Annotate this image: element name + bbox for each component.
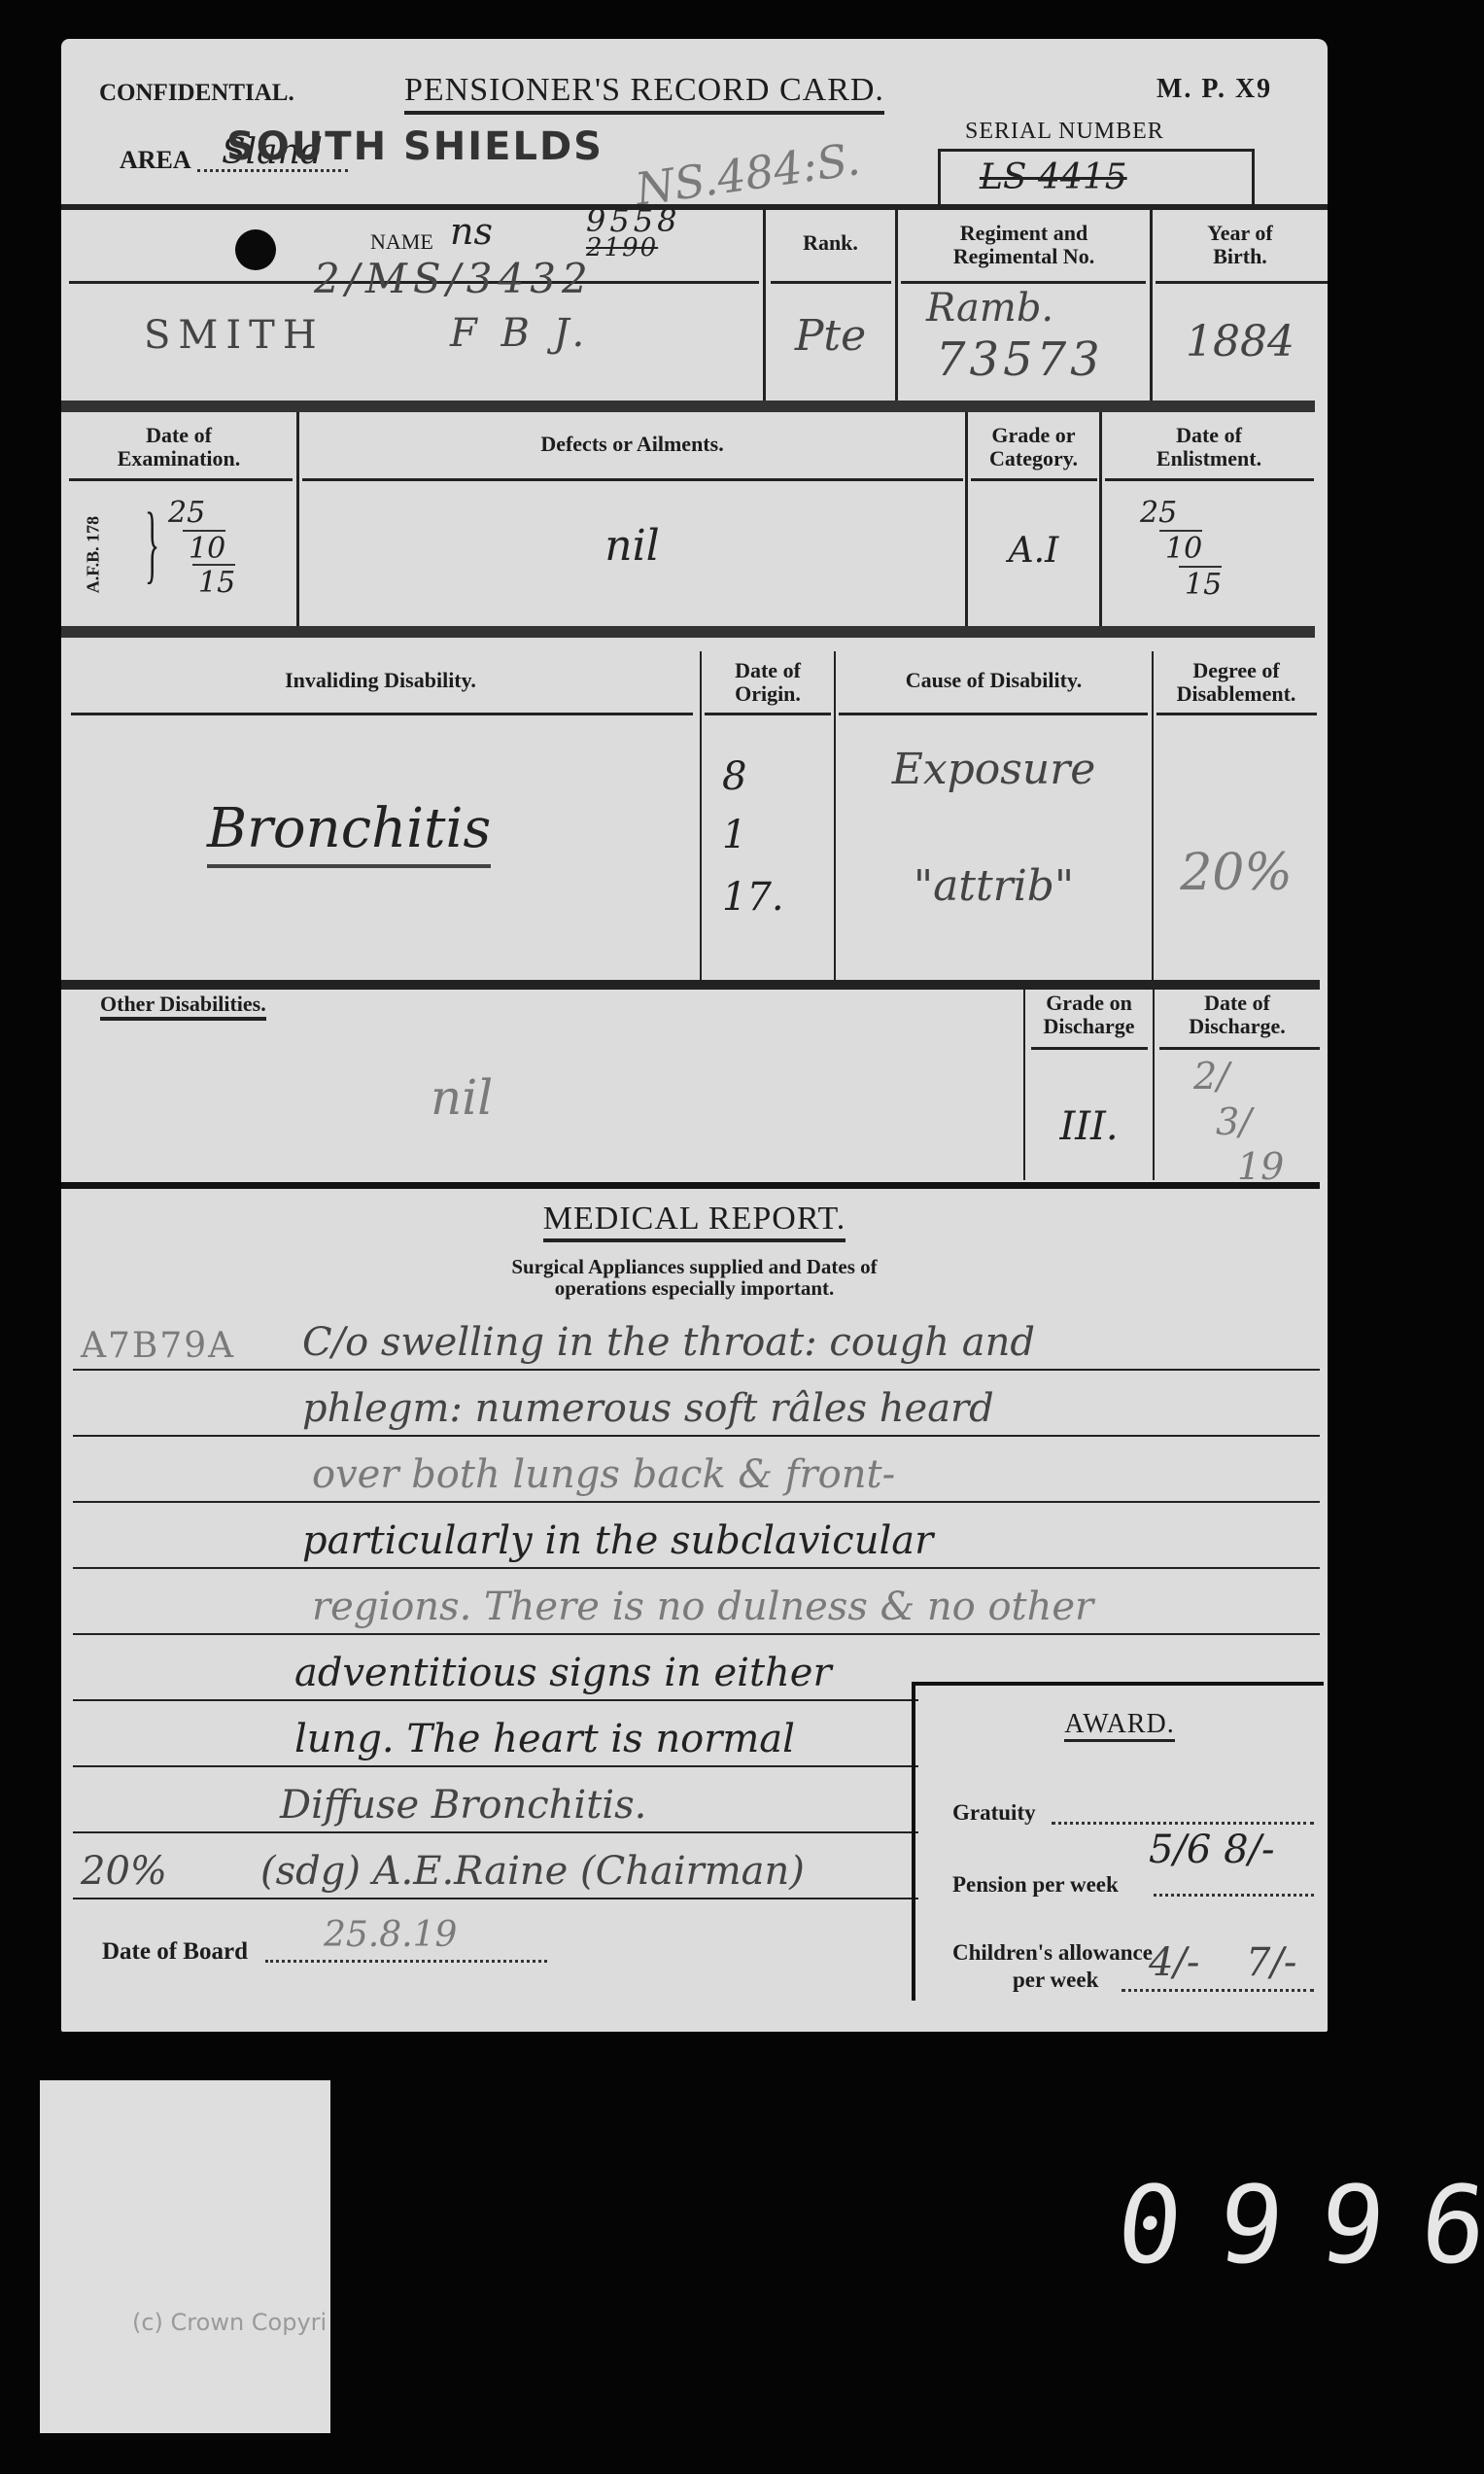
medical-line: particularly in the subclavicular (302, 1518, 933, 1563)
birth-year-value: 1884 (1153, 317, 1328, 366)
childrens-allowance-value-2: 7/- (1246, 1940, 1296, 1985)
grade-discharge-label-line1: Grade on (1025, 992, 1153, 1015)
award-box: AWARD. Gratuity Pension per week 5/6 8/-… (912, 1682, 1324, 2001)
initials-value: F B J. (450, 311, 590, 356)
cause-value-line2: "attrib" (836, 861, 1152, 911)
date-of-origin-label: Date of Origin. (702, 659, 834, 706)
rule (61, 980, 1320, 990)
other-disabilities-label: Other Disabilities. (100, 992, 266, 1021)
serial-number-value: LS 4415 (980, 157, 1127, 197)
exam-label-line1: Date of (61, 424, 296, 447)
rule (901, 281, 1146, 284)
rule (705, 713, 831, 715)
medical-ref-code: A7B79A (81, 1326, 235, 1366)
cause-value-line1: Exposure (836, 745, 1152, 794)
rule (61, 204, 1328, 210)
defects-label: Defects or Ailments. (299, 433, 965, 456)
cause-of-disability-label: Cause of Disability. (836, 669, 1152, 692)
enlistment-date-label: Date of Enlistment. (1102, 424, 1316, 470)
discharge-label-line1: Date of (1155, 992, 1320, 1015)
confidential-label: CONFIDENTIAL. (99, 80, 294, 107)
rule (1159, 1047, 1320, 1050)
date-of-board-label: Date of Board (102, 1938, 248, 1966)
grade-label-line2: Category. (968, 447, 1099, 470)
medical-line: over both lungs back & front- (312, 1452, 895, 1497)
medical-line: regions. There is no dulness & no other (312, 1585, 1093, 1629)
grade-category-label: Grade or Category. (968, 424, 1099, 470)
origin-year: 17. (722, 875, 784, 920)
medical-report-heading: MEDICAL REPORT. (61, 1201, 1328, 1237)
ruled-line (73, 1435, 1320, 1437)
medical-line: phlegm: numerous soft râles heard (302, 1386, 994, 1431)
name-label: NAME (370, 229, 433, 255)
birth-label-line2: Birth. (1153, 245, 1328, 268)
gratuity-field (1052, 1818, 1314, 1825)
exam-date-day: 25 (168, 496, 205, 530)
birth-label-line1: Year of (1153, 222, 1328, 245)
exam-date-year: 15 (192, 564, 235, 600)
degree-label-line2: Disablement. (1154, 682, 1319, 706)
ruled-line (73, 1633, 1320, 1635)
rule (1156, 713, 1317, 715)
rule (1031, 1047, 1148, 1050)
ruled-line (73, 1699, 918, 1701)
subtitle-line2: operations especially important. (61, 1277, 1328, 1299)
date-of-discharge-label: Date of Discharge. (1155, 992, 1320, 1038)
birth-year-label: Year of Birth. (1153, 222, 1328, 268)
card-title: PENSIONER'S RECORD CARD. (404, 72, 884, 115)
enlist-label-line1: Date of (1102, 424, 1316, 447)
grade-on-discharge-value: III. (1025, 1104, 1153, 1149)
examination-date-label: Date of Examination. (61, 424, 296, 470)
rule (71, 713, 693, 715)
enlist-label-line2: Enlistment. (1102, 447, 1316, 470)
grade-on-discharge-label: Grade on Discharge (1025, 992, 1153, 1038)
medical-report-title: MEDICAL REPORT. (543, 1201, 846, 1242)
grade-category-value: A.I (968, 531, 1099, 571)
board-signature: (sdg) A.E.Raine (Chairman) (260, 1849, 805, 1894)
award-heading: AWARD. (915, 1709, 1324, 1740)
medical-line: Diffuse Bronchitis. (280, 1783, 646, 1828)
ruled-line (73, 1501, 1320, 1503)
origin-month: 1 (722, 813, 746, 857)
regiment-value: Ramb. (926, 286, 1053, 331)
rule (1105, 478, 1314, 481)
invaliding-disability-value: Bronchitis (207, 797, 491, 868)
medical-line: lung. The heart is normal (294, 1717, 795, 1761)
double-rule (61, 626, 1315, 638)
gratuity-label: Gratuity (952, 1800, 1036, 1826)
brace: } (145, 501, 159, 588)
discharge-date-day: 2/ (1193, 1055, 1229, 1098)
enlist-date-month: 10 (1159, 530, 1202, 566)
date-of-board-value: 25.8.19 (324, 1915, 457, 1955)
double-rule (61, 401, 1315, 412)
award-title: AWARD. (1064, 1709, 1174, 1742)
rule (302, 478, 963, 481)
exam-label-line2: Examination. (61, 447, 296, 470)
rank-label: Rank. (766, 231, 895, 255)
number-struck: 2190 (586, 233, 658, 262)
rule (839, 713, 1148, 715)
degree-value: 20% (1154, 844, 1319, 902)
grade-label-line1: Grade or (968, 424, 1099, 447)
exam-date-month: 10 (183, 530, 225, 566)
ruled-line (73, 1898, 918, 1899)
ruled-line (73, 1765, 918, 1767)
surname-value: SMITH (144, 313, 325, 358)
ruled-line (73, 1831, 918, 1833)
origin-day: 8 (722, 754, 746, 799)
discharge-date-month: 3/ (1216, 1100, 1252, 1143)
serial-number-box: LS 4415 (938, 149, 1255, 205)
degree-of-disablement-label: Degree of Disablement. (1154, 659, 1319, 706)
invaliding-disability-label: Invaliding Disability. (61, 669, 700, 692)
rule (1156, 281, 1328, 284)
pension-value: 5/6 8/- (1149, 1828, 1275, 1872)
origin-label-line1: Date of (702, 659, 834, 682)
board-dotted-line (265, 1956, 547, 1963)
rule (834, 651, 836, 986)
subtitle-line1: Surgical Appliances supplied and Dates o… (61, 1256, 1328, 1277)
childrens-allowance-label: Children's allowance (952, 1940, 1153, 1966)
medical-line: C/o swelling in the throat: cough and (302, 1320, 1035, 1365)
ruled-line (73, 1567, 1320, 1569)
rule (771, 281, 891, 284)
enlist-date-year: 15 (1179, 566, 1222, 602)
other-disabilities-value: nil (431, 1069, 493, 1126)
enlist-date-day: 25 (1140, 496, 1177, 530)
medical-report-subtitle: Surgical Appliances supplied and Dates o… (61, 1256, 1328, 1299)
signature-percent: 20% (81, 1849, 167, 1894)
frame-counter: 0996 (1111, 2163, 1484, 2287)
regiment-label-line1: Regiment and (898, 222, 1150, 245)
childrens-allowance-label-2: per week (1013, 1968, 1098, 1993)
pension-field (1154, 1890, 1314, 1897)
regiment-label-line2: Regimental No. (898, 245, 1150, 268)
area-stamp: SOUTH SHIELDS (226, 124, 604, 169)
rule (971, 478, 1097, 481)
rule (61, 1182, 1320, 1189)
defects-value: nil (299, 521, 965, 571)
service-number: 2/MS/3432 (314, 255, 594, 302)
copyright-watermark: (c) Crown Copyright (132, 2309, 327, 2336)
form-code: M. P. X9 (1156, 74, 1272, 105)
ruled-line (73, 1369, 1320, 1371)
discharge-label-line2: Discharge. (1155, 1015, 1320, 1038)
thumbnail-card (40, 2080, 330, 2433)
rule (69, 478, 293, 481)
grade-discharge-label-line2: Discharge (1025, 1015, 1153, 1038)
area-label: AREA (120, 146, 191, 175)
rank-value: Pte (766, 311, 895, 361)
serial-number-label: SERIAL NUMBER (965, 119, 1164, 145)
afb-178-label: A.F.B. 178 (84, 511, 104, 599)
pension-label: Pension per week (952, 1872, 1119, 1898)
medical-line: adventitious signs in either (294, 1651, 832, 1695)
origin-label-line2: Origin. (702, 682, 834, 706)
childrens-allowance-field (1122, 1985, 1314, 1992)
pensioner-record-card: CONFIDENTIAL. PENSIONER'S RECORD CARD. M… (61, 39, 1328, 2032)
regiment-label: Regiment and Regimental No. (898, 222, 1150, 268)
name-annotation: ns (450, 210, 493, 253)
regimental-number: 73573 (936, 332, 1104, 387)
punch-hole (235, 229, 276, 270)
degree-label-line1: Degree of (1154, 659, 1319, 682)
childrens-allowance-value-1: 4/- (1149, 1940, 1199, 1985)
